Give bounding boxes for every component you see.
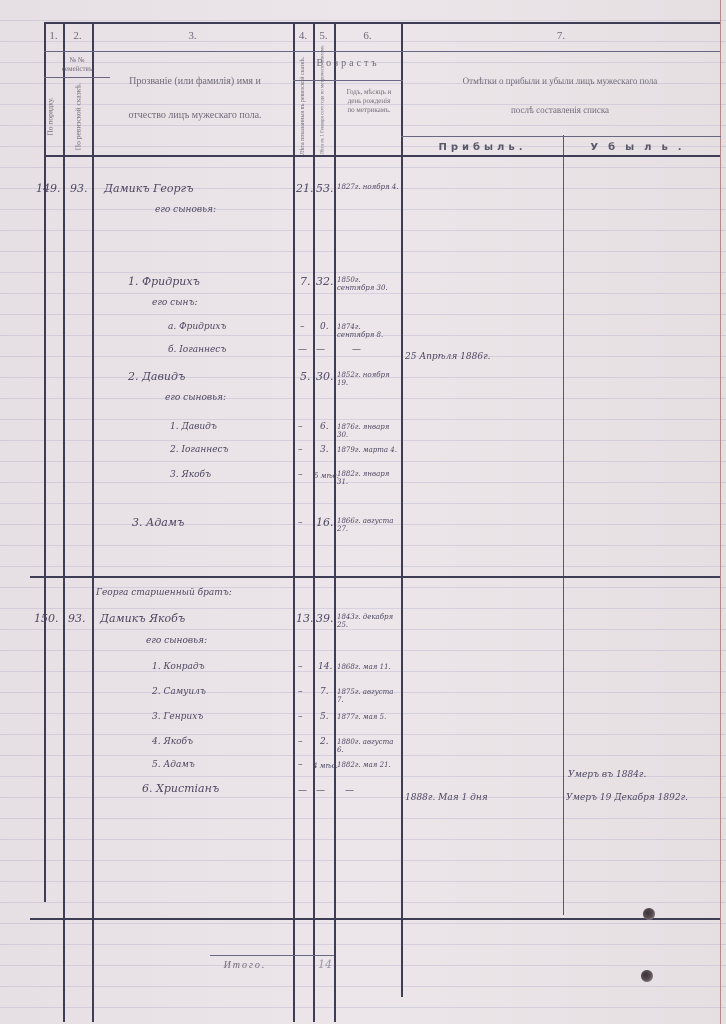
header-bottom-line xyxy=(44,155,720,157)
entry-johannes2-birth: 1879г. марта 4. xyxy=(337,446,399,454)
total-line xyxy=(210,955,334,956)
families-header: № № семействъ xyxy=(44,56,110,74)
entry-jakob2-birth: 1880г. августа 6. xyxy=(337,738,399,754)
entry-christian-age-now: — xyxy=(316,786,325,796)
entry-david-age-rev: 5. xyxy=(300,370,311,383)
age-header-line xyxy=(293,80,403,81)
entry-johannes-arrival: 25 Апрѣля 1886г. xyxy=(405,352,491,362)
entry-christian-arrival: 1888г. Мая 1 дня xyxy=(405,793,488,803)
entry-heinrich-age-rev: – xyxy=(298,712,303,722)
col3-header-line1: Прозваніе (или фамилія) имя и xyxy=(100,76,290,87)
col3-divider xyxy=(293,22,295,1022)
entry-adam-name: 3. Адамъ xyxy=(132,516,184,529)
col4-divider xyxy=(313,22,315,1022)
col-number-5: 5. xyxy=(313,30,334,42)
entry-konrad-name: 1. Конрадъ xyxy=(152,662,205,672)
entry-adam-age-now: 16. xyxy=(316,516,334,529)
entry-david-jr-age-rev: – xyxy=(298,422,303,432)
entry-jakob-jr-name: 3. Якобъ xyxy=(170,470,211,480)
entry-david-jr-age-now: 6. xyxy=(320,422,329,432)
entry-johannes-name: б. Іоганнесъ xyxy=(168,345,226,355)
entry-adam-age-rev: – xyxy=(298,518,303,528)
entry-johannes-age-rev: — xyxy=(298,345,307,355)
entry-adam-birth: 1866г. августа 27. xyxy=(337,517,399,533)
entry-jakob-jr-birth: 1882г. января 31. xyxy=(337,470,399,486)
col-number-6: 6. xyxy=(334,30,401,42)
entry-johannes2-age-rev: – xyxy=(298,445,303,455)
entry-friedrich-jr-age-rev: – xyxy=(300,322,305,332)
col-number-1: 1. xyxy=(44,30,63,42)
arrival-header: Прибыль. xyxy=(405,142,560,153)
entry-friedrich-birth: 1850г. сентября 30. xyxy=(337,276,399,292)
entry-jakob2-age-now: 2. xyxy=(320,737,329,747)
entry-150-age-rev: 13. xyxy=(296,612,314,625)
entry-david-sub: его сыновья: xyxy=(165,393,226,403)
binding-hole-top xyxy=(643,908,655,920)
entry-christian-departure2: Умеръ 19 Декабря 1892г. xyxy=(566,793,688,803)
entry-adam2-name: 5. Адамъ xyxy=(152,760,195,770)
col1-label: По порядку. xyxy=(46,77,55,157)
col7-divider xyxy=(563,135,564,915)
page-edge xyxy=(720,0,721,1024)
entry-david-name: 2. Давидъ xyxy=(128,370,185,383)
entry-150-sub: его сыновья: xyxy=(146,636,207,646)
col1-divider xyxy=(63,22,65,1022)
entry-johannes2-name: 2. Іоганнесъ xyxy=(170,445,229,455)
entry-konrad-age-rev: – xyxy=(298,662,303,672)
entry-christian-name: 6. Христіанъ xyxy=(142,782,219,795)
entry-friedrich-jr-age-now: 0. xyxy=(320,322,329,332)
entry-samuel-age-rev: – xyxy=(298,687,303,697)
col-number-3: 3. xyxy=(92,30,293,42)
entry-jakob2-name: 4. Якобъ xyxy=(152,737,193,747)
col4-label: Лѣта показанныя въ ревизской сказкѣ. xyxy=(300,75,306,155)
entry-david-jr-birth: 1876г. января 30. xyxy=(337,423,399,439)
col3-header-line2: отчество лицъ мужескаго пола. xyxy=(100,110,290,121)
frame-top-line xyxy=(44,22,720,24)
entry-150-number: 150. xyxy=(34,612,59,625)
entry-149-age-now: 53. xyxy=(316,182,334,195)
entry-konrad-birth: 1868г. мая 11. xyxy=(337,663,399,671)
entry-friedrich-jr-birth: 1874г. сентября 8. xyxy=(337,323,399,339)
entry-david-jr-name: 1. Давидъ xyxy=(170,422,217,432)
col7-header-line1: Отмѣтки о прибыли и убыли лицъ мужескаго… xyxy=(410,76,710,86)
entry-jakob2-age-rev: – xyxy=(298,737,303,747)
col7-subheader-line xyxy=(401,136,721,137)
entry-150-pre: Георга старшенный братъ: xyxy=(96,588,232,598)
entry-friedrich-age-now: 32. xyxy=(316,275,334,288)
entry-david-age-now: 30. xyxy=(316,370,334,383)
col-number-2: 2. xyxy=(63,30,92,42)
entry-johannes-birth: — xyxy=(352,345,361,355)
entry-johannes2-age-now: 3. xyxy=(320,445,329,455)
entry-adam2-birth: 1882г. мая 21. xyxy=(337,761,399,769)
entry-separator-line xyxy=(30,576,720,578)
entry-149-rev-number: 93. xyxy=(70,182,88,195)
entry-johannes-age-now: — xyxy=(316,345,325,355)
total-label: Итого. xyxy=(210,960,280,971)
entry-149-name: Дамикъ Георгъ xyxy=(104,182,193,195)
entry-christian-departure1: Умеръ въ 1884г. xyxy=(568,770,646,780)
entry-heinrich-birth: 1877г. мая 5. xyxy=(337,713,399,721)
entry-150-rev-number: 93. xyxy=(68,612,86,625)
entry-149-birth: 1827г. ноября 4. xyxy=(337,183,399,191)
entry-adam2-age-now: 4 мѣс. xyxy=(313,762,338,770)
entry-heinrich-age-now: 5. xyxy=(320,712,329,722)
entry-150-birth: 1843г. декабря 25. xyxy=(337,613,399,629)
entry-friedrich-sub: его сынъ: xyxy=(152,298,197,308)
col2-divider xyxy=(92,22,94,1022)
col2-label: По ревизской сказкѣ. xyxy=(74,77,83,157)
entry-friedrich-jr-name: а. Фридрихъ xyxy=(168,322,226,332)
entry-samuel-name: 2. Самуилъ xyxy=(152,687,206,697)
col6-label: Годъ, мѣсяцъ и день рожденія по метрикам… xyxy=(344,88,394,115)
total-value: 14 xyxy=(318,958,332,971)
entry-adam2-age-rev: – xyxy=(298,760,303,770)
entry-149-age-rev: 21. xyxy=(296,182,314,195)
col5-label: Лѣта въ 1 Генваря сего года по метрическ… xyxy=(321,75,326,155)
register-page: 1. 2. 3. 4. 5. 6. 7. № № семействъ По по… xyxy=(0,0,726,1024)
entry-149-sub: его сыновья: xyxy=(155,205,216,215)
entry-jakob-jr-age-rev: – xyxy=(298,470,303,480)
col7-header-line2: послѣ составленія списка xyxy=(410,105,710,115)
entry-150-age-now: 39. xyxy=(316,612,334,625)
entry-david-birth: 1852г. ноября 19. xyxy=(337,371,399,387)
header-numbers-line xyxy=(44,51,720,52)
bottom-line xyxy=(30,918,720,920)
entry-jakob-jr-age-now: 5 мѣс. xyxy=(314,472,339,480)
entry-149-number: 149. xyxy=(36,182,61,195)
age-header: Возрастъ xyxy=(293,58,403,69)
departure-header: Убыль. xyxy=(566,142,716,153)
entry-friedrich-age-rev: 7. xyxy=(300,275,311,288)
entry-christian-age-rev: — xyxy=(298,786,307,796)
col-number-4: 4. xyxy=(293,30,313,42)
binding-hole-bottom xyxy=(641,970,653,982)
entry-samuel-age-now: 7. xyxy=(320,687,329,697)
entry-heinrich-name: 3. Генрихъ xyxy=(152,712,203,722)
entry-konrad-age-now: 14. xyxy=(318,662,332,672)
col5-divider xyxy=(334,22,336,1022)
entry-150-name: Дамикъ Якобъ xyxy=(100,612,185,625)
entry-samuel-birth: 1875г. августа 7. xyxy=(337,688,399,704)
entry-friedrich-name: 1. Фридрихъ xyxy=(128,275,200,288)
entry-christian-birth: — xyxy=(345,786,354,796)
col6-divider xyxy=(401,22,403,997)
col-number-7: 7. xyxy=(401,30,721,42)
